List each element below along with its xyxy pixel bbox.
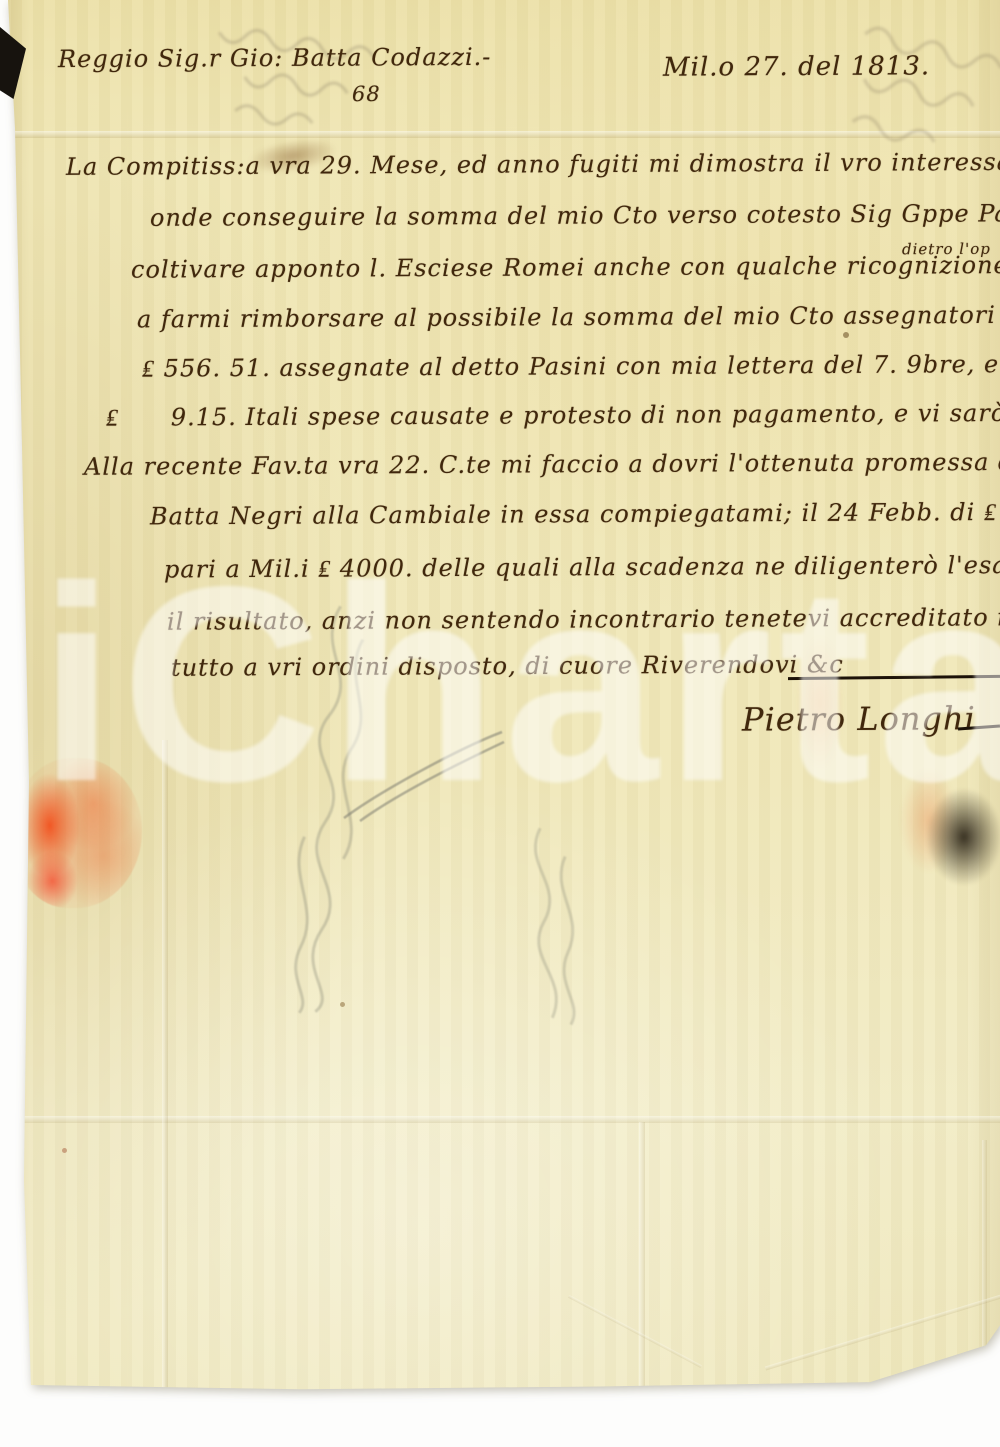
fold-crease-diagonal [765,1294,1000,1371]
date-line: Mil.o 27. del 1813. [663,51,930,82]
fold-crease-diagonal [568,1295,702,1368]
show-through-mark [142,0,388,147]
body-line: Batta Negri alla Cambiale in essa compie… [150,498,1000,532]
recipient-line: Reggio Sig.r Gio: Batta Codazzi.- [58,43,491,73]
body-line: ₤ 556. 51. assegnate al detto Pasini con… [142,349,1000,383]
watermark: iCharta [38,545,1000,823]
body-line: ₤ 9.15. Itali spese causate e protesto d… [106,398,1000,432]
show-through-mark [485,818,609,1035]
body-line: La Compitiss:a vra 29. Mese, ed anno fug… [66,147,1000,181]
paper-speck [62,1148,67,1153]
fold-crease-vertical [982,1140,987,1360]
fold-crease-vertical [162,740,168,1420]
letter-paper: Reggio Sig.r Gio: Batta Codazzi.- 68 Mil… [0,0,1000,1422]
folio-number: 68 [352,82,381,106]
fold-crease-horizontal [0,131,1000,138]
paper-speck [843,332,849,338]
letter-scan: Reggio Sig.r Gio: Batta Codazzi.- 68 Mil… [0,0,1000,1447]
paper-speck [340,1002,345,1007]
body-line: Alla recente Fav.ta vra 22. C.te mi facc… [84,447,1000,481]
body-line: coltivare apponto l. Esciese Romei anche… [131,250,1000,283]
paper-shadow-wrap: Reggio Sig.r Gio: Batta Codazzi.- 68 Mil… [0,0,1000,1447]
fold-crease-horizontal [0,1116,1000,1123]
body-line: onde conseguire la somma del mio Cto ver… [150,198,1000,232]
body-line: a farmi rimborsare al possibile la somma… [137,301,1000,334]
fold-crease-vertical [639,1122,645,1418]
